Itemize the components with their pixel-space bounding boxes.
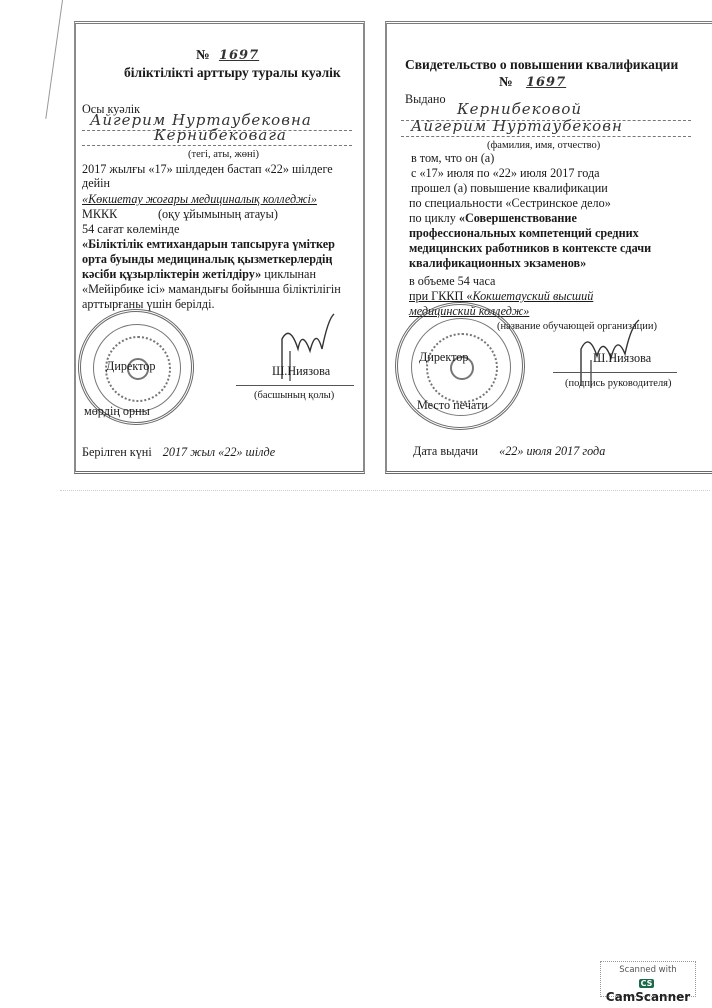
issue-date-value: «22» июля 2017 года (499, 444, 605, 458)
cycle-prefix: по циклу (409, 211, 459, 225)
period-line1: 2017 жылғы «17» шілдеден бастап «22» шіл… (82, 162, 333, 176)
cycle-line3: медицинских работников в контексте сдачи (409, 241, 651, 255)
number-value: 1697 (213, 48, 265, 63)
organization-prefix: при ГККП « (409, 289, 472, 303)
recipient-name-line2: Кернибековага (154, 128, 287, 142)
organization-name: «Көкшетау жоғары медициналық колледжі» (82, 192, 317, 206)
certificate-title: Свидетельство о повышении квалификации (405, 58, 678, 72)
seal-place-label: Место печати (417, 398, 488, 412)
signature-line (236, 385, 354, 386)
recipient-name-line2: Айгерим Нуртаубековн (411, 119, 623, 133)
director-name: Ш.Ниязова (272, 364, 330, 378)
period: с «17» июля по «22» июля 2017 года (411, 166, 600, 180)
name-caption: (фамилия, имя, отчество) (487, 139, 600, 153)
scan-artifacts (60, 490, 710, 493)
certificate-number: № 1697 (196, 48, 265, 63)
recipient-name-line1: Айгерим Нуртаубековна (90, 113, 312, 127)
director-label: Директор (106, 359, 155, 373)
issued-line: арттырғаны үшін берілді. (82, 297, 215, 311)
watermark-brand: CamScanner (606, 990, 690, 1004)
signature-caption: (басшының қолы) (254, 389, 334, 403)
russian-certificate-panel: Свидетельство о повышении квалификации №… (385, 21, 712, 474)
specialty: по специальности «Сестринское дело» (409, 196, 611, 210)
cycle-line1: «Совершенствование (459, 211, 577, 225)
line-that: в том, что он (а) (411, 151, 494, 165)
program-line2: орта буынды медициналық қызметкерлердің (82, 252, 332, 266)
program-line3: кәсіби құзырліктерін жетілдіру» (82, 267, 261, 281)
cycle-line2: профессиональных компетенций средних (409, 226, 639, 240)
signature-line (553, 372, 677, 373)
dotted-line (401, 136, 691, 137)
organization-caption: (оқу ұйымының атауы) (158, 207, 278, 221)
dotted-line (82, 145, 352, 146)
issue-date-label: Берілген күні (82, 445, 152, 459)
seal-place-label: мөрдің орны (84, 404, 150, 418)
completed-line: прошел (а) повышение квалификации (411, 181, 608, 195)
issue-date-value: 2017 жыл «22» шілде (163, 445, 275, 459)
kazakh-certificate-panel: № 1697 біліктілікті арттыру туралы куәлі… (74, 21, 365, 474)
program-line1: «Біліктілік емтихандарын тапсыруға үмітк… (82, 237, 335, 251)
specialty-line: «Мейірбике ісі» мамандығы бойынша білікт… (82, 282, 341, 296)
organization-type: МККК (82, 207, 117, 221)
number-label: № (499, 74, 513, 89)
hours: в объеме 54 часа (409, 274, 495, 288)
recipient-name-line1: Кернибековой (457, 102, 582, 116)
number-value: 1697 (516, 75, 576, 90)
director-label: Директор (419, 350, 468, 364)
director-name: Ш.Ниязова (593, 351, 651, 365)
certificate-number: № 1697 (499, 75, 576, 90)
name-caption: (тегі, аты, жөні) (188, 148, 259, 162)
camscanner-logo-icon: CS (639, 979, 655, 988)
issued-to-label: Выдано (405, 92, 446, 106)
issue-date-label: Дата выдачи (413, 444, 478, 458)
period-line2: дейін (82, 176, 110, 190)
hours: 54 сағат көлемінде (82, 222, 179, 236)
certificate-title: біліктілікті арттыру туралы куәлік (124, 66, 341, 80)
paper-crease (45, 0, 63, 119)
program-suffix: циклынан (261, 267, 316, 281)
organization-line1: Кокшетауский высший (472, 289, 593, 303)
camscanner-watermark: Scanned with CSCamScanner (600, 961, 696, 997)
number-label: № (196, 47, 210, 62)
cycle-line4: квалификационных экзаменов» (409, 256, 586, 270)
signature-caption: (подпись руководителя) (565, 377, 672, 391)
watermark-caption: Scanned with (601, 965, 695, 975)
